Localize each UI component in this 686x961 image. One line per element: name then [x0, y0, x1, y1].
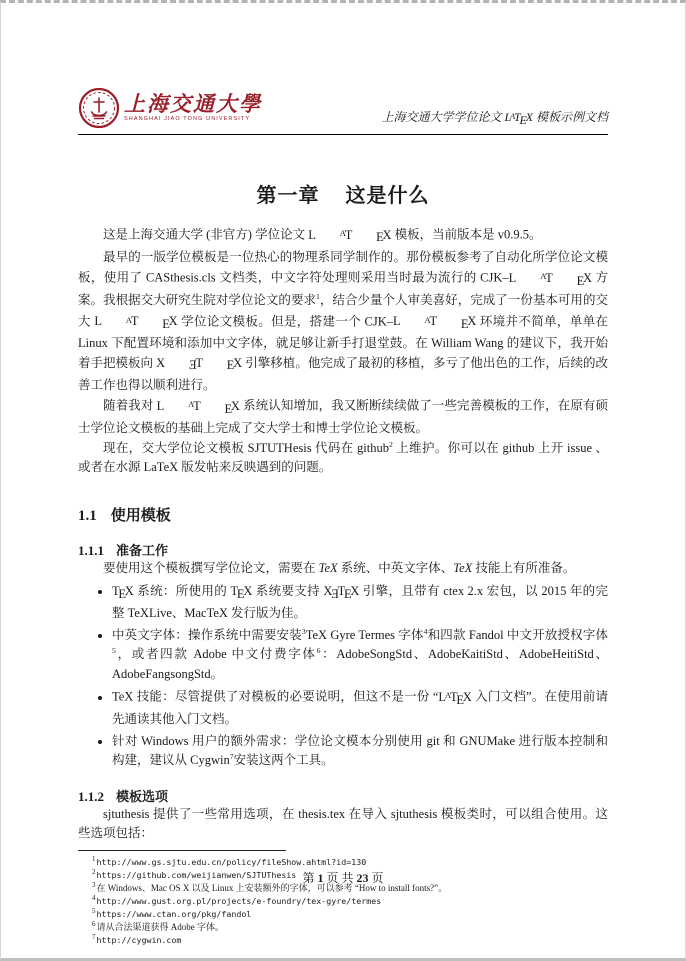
footnote: 7http://cygwin.com [78, 934, 608, 947]
tex-logo: LATEX [393, 314, 476, 328]
footnote-marker: 7 [92, 933, 96, 941]
paragraph: 最早的一版学位模板是一位热心的物理系同学制作的。那份模板参考了自动化所学位论文模… [78, 248, 608, 396]
pdf-page: 上海交通大學 SHANGHAI JIAO TONG UNIVERSITY 上海交… [0, 0, 686, 961]
logo-english-name: SHANGHAI JIAO TONG UNIVERSITY [124, 117, 262, 123]
sjtu-logo: 上海交通大學 SHANGHAI JIAO TONG UNIVERSITY [78, 87, 262, 129]
tex-logo: LATEX [438, 690, 471, 704]
page-number-footer: 第 1 页 共 23 页 [1, 869, 685, 886]
sjtu-seal-icon [78, 87, 120, 129]
url-text[interactable]: http://www.gust.org.pl/projects/e-foundr… [97, 896, 382, 906]
chapter-title: 这是什么 [346, 185, 430, 207]
footnote-marker: 1 [92, 855, 96, 863]
footnote-ref[interactable]: 7 [230, 752, 234, 761]
footnote: 5https://www.ctan.org/pkg/fandol [78, 908, 608, 921]
footnote-marker: 4 [92, 894, 96, 902]
footnote: 4http://www.gust.org.pl/projects/e-found… [78, 895, 608, 908]
footnote: 6请从合法渠道获得 Adobe 字体。 [78, 921, 608, 934]
logo-chinese-name: 上海交通大學 [124, 94, 262, 115]
paragraph: 随着我对 LATEX 系统认知增加，我又断断续续做了一些完善模板的工作，在原有硕… [78, 395, 608, 438]
footnote-ref[interactable]: 4 [424, 627, 428, 636]
subsection-number: 1.1.1 [78, 543, 104, 558]
footnote-block: 1http://www.gs.sjtu.edu.cn/policy/fileSh… [78, 850, 608, 947]
tex-logo: LATEX [94, 314, 177, 328]
paragraph: sjtuthesis 提供了一些常用选项，在 thesis.tex 在导入 sj… [78, 805, 608, 844]
section-number: 1.1 [78, 508, 97, 524]
list-item: 中英文字体：操作系统中需要安装3TeX Gyre Termes 字体4和四款 F… [112, 626, 608, 685]
footnote-ref[interactable]: 5 [112, 646, 116, 655]
section-heading-1-1: 1.1使用模板 [78, 504, 608, 525]
list-item: 针对 Windows 用户的额外需求：学位论文模本分别使用 git 和 GNUM… [112, 732, 608, 771]
footnote-ref[interactable]: 3 [302, 627, 306, 636]
subsection-heading-1-1-1: 1.1.1准备工作 [78, 540, 608, 559]
page-header: 上海交通大學 SHANGHAI JIAO TONG UNIVERSITY 上海交… [78, 3, 608, 135]
running-header-title: 上海交通大学学位论文 LATEX 模板示例文档 [382, 108, 609, 129]
footnote-marker: 6 [92, 920, 96, 928]
tex-logo: LATEX [509, 271, 592, 285]
footnote: 1http://www.gs.sjtu.edu.cn/policy/fileSh… [78, 856, 608, 869]
paragraph: 要使用这个模板撰写学位论文，需要在 TeX 系统、中英文字体、TeX 技能上有所… [78, 559, 608, 579]
footnote-ref[interactable]: 2 [389, 439, 393, 448]
requirements-list: TEX 系统：所使用的 TEX 系统要支持 XƎTEX 引擎，且带有 ctex … [78, 582, 608, 770]
url-text[interactable]: http://cygwin.com [97, 935, 182, 945]
tex-logo: XƎTEX [323, 584, 359, 598]
tex-logo: XƎTEX [156, 356, 242, 370]
section-title: 使用模板 [111, 508, 171, 524]
tex-logo: LATEX [505, 110, 533, 124]
subsection-title: 模板选项 [116, 789, 168, 804]
paragraph: 这是上海交通大学 (非官方) 学位论文 LATEX 模板，当前版本是 v0.9.… [78, 224, 608, 248]
footnote-ref[interactable]: 1 [316, 292, 320, 301]
subsection-title: 准备工作 [116, 543, 168, 558]
paragraph: 现在，交大学位论文模板 SJTUTHesis 代码在 github2 上维护。你… [78, 439, 608, 478]
chapter-number: 第一章 [257, 185, 320, 207]
subsection-heading-1-1-2: 1.1.2模板选项 [78, 786, 608, 805]
url-text[interactable]: https://www.ctan.org/pkg/fandol [97, 909, 252, 919]
chapter-heading: 第一章这是什么 [78, 179, 608, 208]
footnote-rule [78, 850, 286, 851]
footnote-ref[interactable]: 6 [317, 646, 321, 655]
list-item: TEX 系统：所使用的 TEX 系统要支持 XƎTEX 引擎，且带有 ctex … [112, 582, 608, 624]
tex-logo: TEX [231, 584, 253, 598]
tex-logo: TEX [112, 584, 134, 598]
list-item: TeX 技能：尽管提供了对模板的必要说明，但这不是一份 “LATEX 入门文档”… [112, 686, 608, 729]
subsection-number: 1.1.2 [78, 789, 104, 804]
tex-logo: LATEX [157, 399, 240, 413]
footnote-marker: 5 [92, 907, 96, 915]
url-text[interactable]: http://www.gs.sjtu.edu.cn/policy/fileSho… [97, 857, 367, 867]
tex-logo: LATEX [308, 228, 391, 242]
